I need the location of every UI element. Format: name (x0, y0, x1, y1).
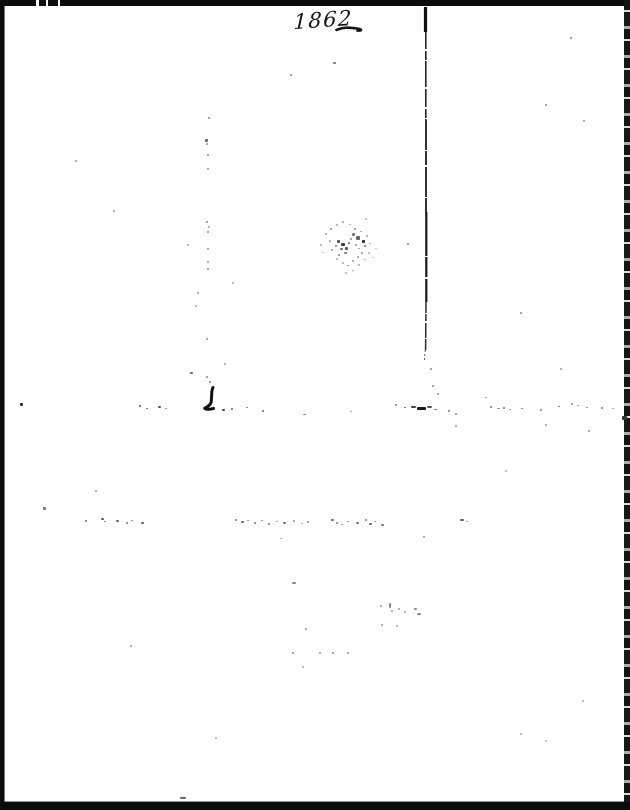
scatter-speck (432, 385, 434, 387)
scatter-speck (545, 424, 547, 426)
row2-speck (126, 522, 128, 524)
row1-speck (571, 403, 573, 405)
lower_specks-speck (292, 582, 296, 584)
row1-speck (404, 407, 406, 408)
row1-speck (503, 407, 505, 409)
row1-speck (612, 408, 614, 409)
lower_specks-speck (319, 652, 321, 654)
scatter-speck (130, 645, 132, 647)
row2-speck (280, 538, 282, 539)
fold_column-speck (206, 338, 208, 340)
fold_column-speck (206, 376, 208, 378)
row2-speck (268, 523, 270, 525)
lower_specks-speck (417, 613, 421, 615)
lower_specks-speck (398, 608, 400, 610)
row1-speck (558, 406, 560, 407)
row1-speck (509, 409, 511, 410)
stain-speck (360, 231, 362, 232)
row2-speck (369, 523, 372, 525)
scanned-document-page: 1862 (0, 0, 630, 810)
row2-speck (347, 521, 349, 522)
scatter-speck (505, 470, 507, 472)
row2-speck (101, 518, 104, 520)
row1-speck (262, 410, 264, 412)
row2-speck (85, 520, 87, 522)
lower_specks-speck (332, 652, 334, 654)
lower_specks-speck (396, 625, 398, 627)
scatter-speck (520, 733, 522, 735)
fold_column-speck (207, 231, 209, 233)
scatter-speck (520, 312, 522, 314)
fold_column-speck (224, 363, 226, 365)
row1-speck (485, 397, 487, 398)
stain-speck (336, 258, 338, 260)
fold_column-speck (208, 117, 210, 119)
scatter-speck (75, 160, 77, 162)
stain-speck (364, 259, 366, 260)
row1-speck (303, 414, 306, 415)
stain-speck (325, 233, 327, 235)
stain-speck (365, 218, 367, 220)
stain-speck (342, 262, 344, 264)
fold_column-speck (232, 282, 234, 284)
scatter-speck (545, 104, 547, 106)
row1-speck (455, 413, 457, 415)
stain-speck (347, 265, 349, 266)
stain-speck (341, 243, 345, 246)
row1-speck (577, 405, 579, 406)
fold_column-speck (207, 261, 209, 263)
fold_column-speck (187, 244, 189, 246)
lower_specks-speck (389, 603, 391, 608)
scatter-speck (113, 210, 115, 212)
fold_column-speck (190, 372, 193, 374)
row2-speck (131, 520, 133, 521)
scatter-speck (180, 797, 186, 799)
row1-speck (222, 409, 225, 411)
stain-speck (338, 254, 340, 256)
fold_column-speck (206, 221, 208, 223)
stain-speck (345, 272, 347, 274)
scatter-speck (430, 368, 432, 370)
row2-speck (116, 520, 119, 522)
row1-speck (622, 416, 627, 420)
lower_specks-speck (292, 652, 294, 654)
scatter-speck (588, 430, 590, 432)
row2-speck (235, 519, 237, 521)
stain-speck (322, 252, 324, 253)
scatter-speck (290, 74, 292, 76)
row2-speck (356, 522, 359, 524)
stain-speck (320, 244, 322, 246)
row2-speck (141, 522, 144, 524)
row2-speck (331, 519, 334, 521)
scatter-speck (95, 490, 97, 492)
row2-speck (460, 519, 464, 521)
fold_column-speck (195, 305, 197, 307)
stain-speck (362, 240, 365, 243)
row1-speck (146, 408, 148, 409)
stain-speck (364, 245, 366, 247)
stain-speck (358, 248, 360, 249)
lower_specks-speck (302, 666, 304, 668)
stain-speck (369, 243, 371, 244)
scatter-speck (215, 737, 217, 739)
row1-speck (395, 404, 397, 406)
scatter-speck (560, 368, 562, 370)
stain-speck (352, 260, 354, 262)
stain-speck (337, 240, 340, 243)
fold_column-speck (206, 143, 208, 145)
stain-speck (329, 240, 331, 242)
row2-speck (466, 521, 468, 522)
row1-speck (448, 410, 450, 412)
fold_column-speck (207, 168, 209, 170)
stain-speck (335, 245, 337, 247)
row1-speck (521, 408, 523, 409)
stain-speck (352, 270, 354, 271)
scatter-speck (455, 425, 457, 427)
row1-speck (158, 406, 161, 408)
row1-speck (540, 409, 542, 411)
scatter-speck (545, 740, 547, 742)
row2-speck (283, 522, 286, 524)
row2-speck (293, 520, 295, 522)
lower_specks-speck (305, 628, 307, 630)
stain-speck (352, 233, 355, 236)
stain-speck (336, 224, 338, 226)
stain-speck (340, 248, 343, 250)
fold_column-speck (207, 268, 209, 270)
fold_column-speck (209, 381, 211, 383)
lower_specks-speck (391, 610, 393, 612)
stain-speck (368, 252, 370, 254)
fold_column-speck (197, 292, 199, 294)
row2-speck (261, 520, 263, 521)
row1-speck (490, 406, 492, 408)
stain-speck (348, 242, 350, 244)
scatter-speck (333, 62, 336, 64)
row2-speck (43, 507, 46, 510)
row1-speck (417, 407, 426, 410)
row2-speck (381, 524, 384, 526)
fold_column-speck (207, 248, 209, 250)
row1-speck (411, 406, 416, 408)
row1-speck (497, 408, 500, 409)
row2-speck (365, 519, 367, 521)
row2-speck (104, 521, 106, 522)
scatter-speck (582, 700, 584, 702)
row2-speck (247, 520, 249, 521)
row1-speck (139, 405, 141, 407)
row1-speck (586, 407, 588, 408)
row2-speck (341, 524, 343, 525)
stain-speck (357, 256, 359, 258)
fold_column-speck (208, 226, 210, 228)
row2-speck (301, 523, 303, 524)
stain-speck (345, 247, 348, 250)
row1-speck (20, 403, 23, 406)
row1-speck (246, 407, 248, 408)
row1-speck (434, 409, 437, 410)
stain-speck (344, 252, 347, 254)
row1-speck (437, 393, 439, 395)
fold_column-speck (205, 139, 208, 142)
stain-speck (354, 228, 356, 230)
row2-speck (307, 521, 309, 523)
stain-speck (358, 264, 360, 266)
row2-speck (423, 536, 425, 538)
lower_specks-speck (404, 611, 406, 613)
stain-speck (349, 224, 351, 225)
stain-speck (355, 244, 357, 246)
lower_specks-speck (380, 605, 382, 607)
stain-speck (375, 248, 377, 249)
stain-speck (361, 252, 363, 254)
row2-speck (336, 522, 338, 524)
fold_column-speck (207, 154, 209, 156)
scan-artifacts-layer (0, 0, 630, 810)
stain-speck (372, 257, 374, 258)
row1-speck (350, 411, 352, 412)
stain-speck (366, 235, 368, 237)
row2-speck (241, 521, 244, 523)
lower_specks-speck (381, 624, 383, 626)
row2-speck (374, 521, 376, 522)
stain-speck (331, 249, 333, 251)
row1-speck (165, 408, 167, 409)
row2-speck (276, 521, 278, 522)
lower_specks-speck (414, 608, 417, 610)
row2-speck (254, 522, 256, 524)
stain-speck (342, 221, 344, 223)
stain-speck (356, 236, 360, 240)
row1-speck (231, 408, 233, 410)
scatter-speck (407, 243, 409, 245)
row1-speck (601, 407, 603, 409)
stain-speck (330, 228, 332, 230)
scatter-speck (583, 120, 585, 122)
row1-speck (427, 406, 432, 408)
lower_specks-speck (347, 652, 349, 654)
stain-speck (350, 238, 352, 240)
scatter-speck (570, 37, 572, 39)
